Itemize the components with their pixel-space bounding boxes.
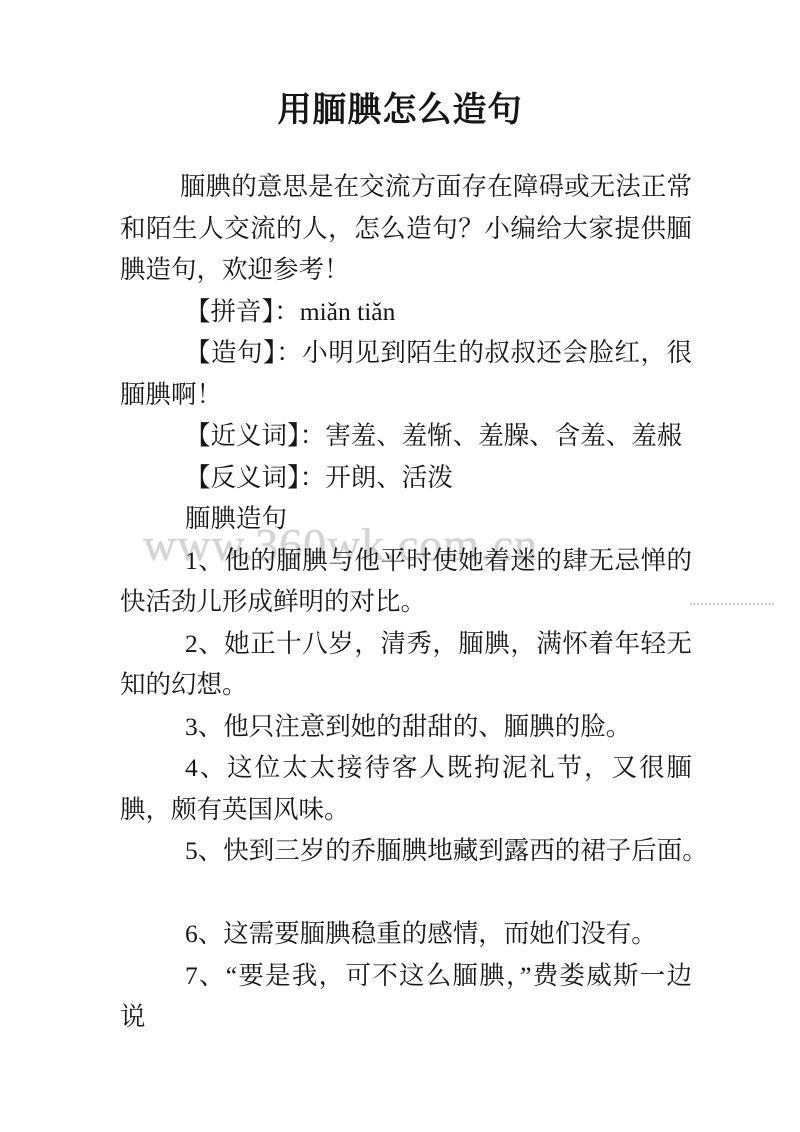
definition-line: 【近义词】：害羞、羞惭、羞臊、含羞、羞赧 bbox=[120, 415, 692, 457]
sentence-item: 6、这需要腼腆稳重的感情，而她们没有。 bbox=[120, 913, 692, 955]
sentence-item: 4、这位太太接待客人既拘泥礼节，又很腼腆，颇有英国风味。 bbox=[120, 747, 692, 830]
intro-paragraph: 腼腆的意思是在交流方面存在障碍或无法正常和陌生人交流的人，怎么造句？小编给大家提… bbox=[120, 166, 692, 291]
sentence-item: 2、她正十八岁，清秀，腼腆，满怀着年轻无知的幻想。 bbox=[120, 623, 692, 706]
page-title: 用腼腆怎么造句 bbox=[0, 90, 800, 132]
definition-list: 【拼音】：miǎn tiǎn【造句】：小明见到陌生的叔叔还会脸红，很腼腆啊！【近… bbox=[120, 291, 692, 499]
sentence-item: 3、他只注意到她的甜甜的、腼腆的脸。 bbox=[120, 706, 692, 748]
sentence-item: 7、“要是我，可不这么腼腆，”费娄威斯一边说 bbox=[120, 955, 692, 1038]
section-heading: 腼腆造句 bbox=[120, 498, 692, 540]
document-page: www.360wk.com.cn 用腼腆怎么造句 腼腆的意思是在交流方面存在障碍… bbox=[0, 0, 800, 1132]
sentence-item: 5、快到三岁的乔腼腆地藏到露西的裙子后面。 bbox=[120, 830, 692, 872]
definition-line: 【反义词】：开朗、活泼 bbox=[120, 457, 692, 499]
definition-line: 【拼音】：miǎn tiǎn bbox=[120, 291, 692, 333]
definition-line: 【造句】：小明见到陌生的叔叔还会脸红，很腼腆啊！ bbox=[120, 332, 692, 415]
document-body: 腼腆的意思是在交流方面存在障碍或无法正常和陌生人交流的人，怎么造句？小编给大家提… bbox=[0, 166, 800, 1038]
sentence-list: 1、他的腼腆与他平时使她着迷的肆无忌惮的快活劲儿形成鲜明的对比。2、她正十八岁，… bbox=[120, 540, 692, 1038]
sentence-item: 1、他的腼腆与他平时使她着迷的肆无忌惮的快活劲儿形成鲜明的对比。 bbox=[120, 540, 692, 623]
